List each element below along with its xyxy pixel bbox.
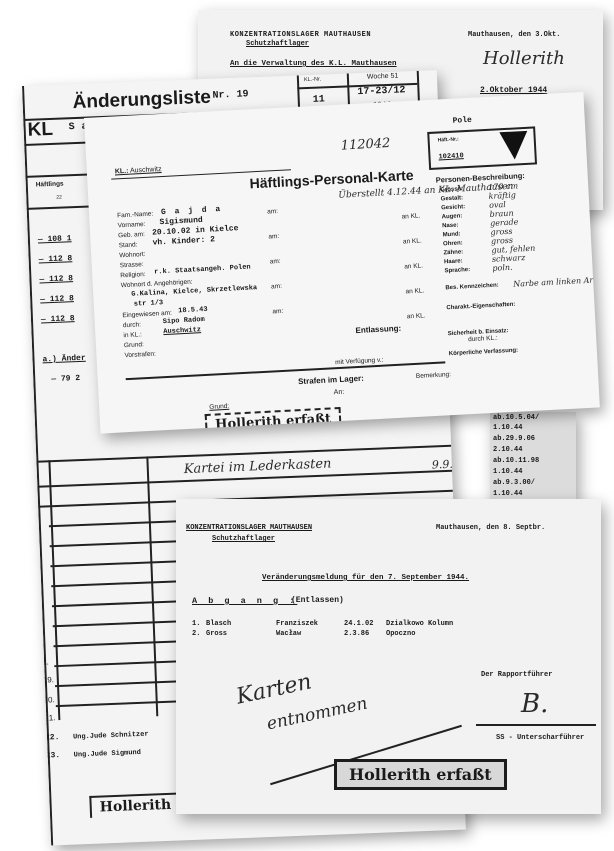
card-nationality: Pole: [452, 116, 472, 126]
hollerith-stamp: Hollerith erfaßt: [334, 759, 507, 790]
field-label: Grund:: [124, 341, 144, 349]
an-kl-label: an KL.: [407, 312, 426, 320]
kl-label: KL: [27, 119, 53, 142]
description-label: Gesicht:: [441, 204, 465, 211]
an-kl-label: an KL.: [403, 237, 422, 245]
report-place-date: Mauthausen, den 8. Septbr.: [436, 524, 545, 532]
an-kl-label: an KL.: [401, 213, 420, 221]
partial-list-strip: ab.10.5.04/ 1.10.44 ab.29.9.06 2.10.44 a…: [490, 412, 576, 502]
field-label: Fam.-Name:: [117, 211, 153, 220]
field-label: durch:: [123, 321, 141, 329]
bottom-entry: Ung.Jude Schnitzer: [73, 731, 149, 742]
line-number: 23.: [46, 751, 61, 761]
field-label: in KL.:: [123, 331, 142, 339]
description-label: Körperliche Verfassung:: [449, 348, 519, 358]
line-number: 21.: [44, 713, 55, 722]
change-list-number: Nr. 19: [212, 89, 248, 101]
strip-line: 1.10.44: [493, 424, 522, 432]
change-report-sheet: KONZENTRATIONSLAGER MAUTHAUSEN Schutzhaf…: [176, 499, 601, 814]
field-value: str 1/3: [134, 299, 164, 309]
letter-header: KONZENTRATIONSLAGER MAUTHAUSEN: [230, 31, 371, 39]
list-row: — 108 1: [38, 234, 72, 244]
description-label: Zähne:: [443, 249, 463, 256]
strip-line: 1.10.44: [493, 490, 522, 498]
strip-line: 2.10.44: [493, 446, 522, 454]
week-range: 17-23/12: [357, 85, 405, 98]
line-number: 22.: [45, 733, 60, 743]
field-label: Religion:: [120, 271, 146, 279]
description-label: Charakt.-Eigenschaften:: [446, 302, 515, 312]
signatory-rank: SS - Unterscharführer: [496, 734, 584, 742]
prisoner-number-box: Häft.-Nr.: 102410: [427, 126, 537, 170]
kl-nr-value: 11: [313, 94, 325, 105]
week-label: Woche 51: [367, 73, 399, 81]
field-value: vh. Kinder: 2: [152, 235, 215, 247]
entry-first: Franziszek: [276, 620, 318, 628]
strip-line: ab.10.5.04/: [493, 414, 539, 422]
description-label: Nase:: [442, 223, 459, 230]
field-label: Strasse:: [120, 261, 144, 269]
card-kl: KL.: Auschwitz: [115, 166, 162, 175]
report-section: A b g a n g :: [192, 596, 297, 606]
letter-handwriting: Hollerith: [483, 48, 565, 69]
handwritten-date: 9.9.44: [432, 457, 466, 471]
report-subheader: Schutzhaftlager: [212, 535, 275, 543]
bottom-entry: Ung.Jude Sigmund: [74, 749, 141, 760]
description-label: Ohren:: [443, 240, 463, 247]
list-section: a.) Änder: [42, 354, 86, 365]
letter-addressee: An die Verwaltung des K.L. Mauthausen: [230, 60, 397, 68]
signature-line: [476, 724, 596, 726]
strip-line: 1.10.44: [493, 468, 522, 476]
punishments-grund: Grund:: [209, 403, 229, 411]
report-header: KONZENTRATIONSLAGER MAUTHAUSEN: [186, 524, 312, 532]
description-label: Augen:: [442, 213, 463, 220]
field-value: Auschwitz: [163, 326, 201, 336]
entry-place: Dzialkowo Kolumn: [386, 620, 453, 628]
list-row: — 112 8: [39, 254, 73, 264]
paraph-signature: B.: [521, 689, 548, 719]
remarks-label: Bemerkung:: [416, 371, 451, 380]
entry-place: Opoczno: [386, 630, 415, 638]
field-label: Vorstrafen:: [124, 351, 156, 360]
prisoner-personal-card: KL.: Auschwitz 112042 Häftlings-Personal…: [84, 92, 600, 434]
entry-num: 1.: [192, 620, 200, 628]
line-number: 20.: [43, 695, 54, 704]
prisoner-number-label: Häft.-Nr.:: [438, 136, 459, 143]
release-label: Entlassung:: [355, 324, 401, 335]
punishments-title: Strafen im Lager:: [298, 374, 364, 386]
handwritten-row: Kartei im Lederkasten: [184, 456, 332, 477]
description-label: Bes. Kennzeichen:: [445, 283, 499, 292]
entry-num: 2.: [192, 630, 200, 638]
card-number-handwritten: 112042: [340, 136, 390, 154]
entry-name: Blasch: [206, 620, 231, 628]
field-value: Sipo Radom: [163, 316, 205, 326]
description-label: Mund:: [442, 231, 460, 238]
entry-first: Wacław: [276, 630, 301, 638]
strip-line: ab.9.3.00/: [493, 479, 535, 487]
punishments-an: An:: [334, 389, 345, 397]
line-number: 1.: [42, 657, 49, 666]
letter-place-date: Mauthausen, den 3.Okt.: [468, 31, 560, 39]
field-label: Stand:: [119, 241, 138, 249]
am-label: am:: [267, 208, 278, 216]
list-row: — 112 8: [39, 274, 73, 284]
entry-dob: 2.3.86: [344, 630, 369, 638]
list-row: — 112 8: [40, 294, 74, 304]
description-label: Haare:: [444, 258, 463, 265]
an-kl-label: an KL.: [404, 262, 423, 270]
list-row: — 112 8: [41, 314, 75, 324]
am-label: am:: [268, 233, 279, 241]
description-label: Grösse:: [440, 186, 463, 193]
field-label: Vorname:: [118, 221, 146, 229]
an-kl-label: an KL.: [405, 287, 424, 295]
report-section-sub: (Entlassen): [291, 596, 344, 605]
field-value: 18.5.43: [178, 306, 208, 316]
field-label: Wohnort:: [119, 251, 146, 259]
entry-dob: 24.1.02: [344, 620, 373, 628]
letter-subheader: Schutzhaftlager: [246, 40, 309, 48]
field-label: Geb. am:: [118, 231, 145, 239]
handwritten-note-1: Karten: [234, 669, 314, 709]
column-header: Häftlings: [36, 180, 64, 188]
field-value: r.k. Staatsangeh. Polen: [154, 263, 251, 276]
column-subheader: 22: [56, 195, 62, 201]
line-number: 19.: [43, 675, 54, 684]
description-label: Gestalt:: [441, 195, 464, 202]
am-label: am:: [270, 258, 281, 266]
strip-line: ab.10.11.98: [493, 457, 539, 465]
am-label: am:: [272, 308, 283, 316]
description-value: poln.: [492, 263, 513, 273]
description-value: Narbe am linken Arm: [513, 275, 600, 289]
kl-nr-label: KL.-Nr.: [304, 77, 321, 84]
description-label: Sprache:: [444, 267, 470, 274]
report-subject: Veränderungsmeldung für den 7. September…: [262, 574, 469, 582]
am-label: am:: [271, 283, 282, 291]
field-value: G a j d a: [161, 205, 223, 217]
entry-name: Gross: [206, 630, 227, 638]
signatory-title: Der Rapportführer: [481, 671, 552, 679]
triangle-badge-icon: [499, 131, 528, 160]
list-section-row: — 79 2: [51, 374, 80, 384]
strip-line: ab.29.9.06: [493, 435, 535, 443]
prisoner-number: 102410: [438, 152, 464, 161]
